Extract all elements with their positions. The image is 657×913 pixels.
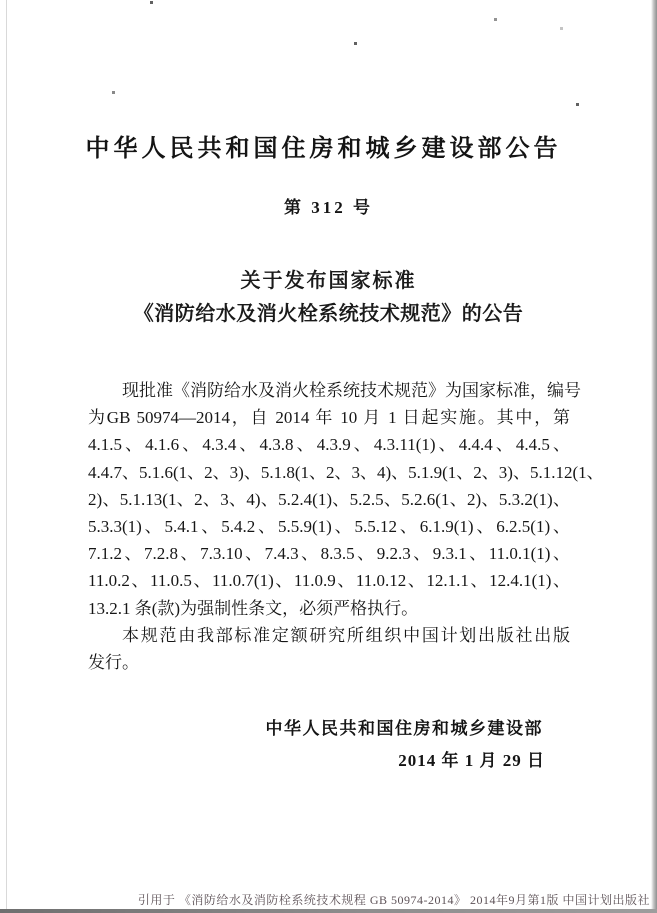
scan-speck	[576, 103, 579, 106]
body-line: 4.4.7、5.1.6(1、2、3)、5.1.8(1、2、3、4)、5.1.9(…	[88, 459, 570, 486]
footer-citation: 引用于 《消防给水及消防栓系统技术规程 GB 50974-2014》 2014年…	[138, 891, 650, 908]
document-number: 第 312 号	[0, 193, 657, 218]
scanned-document-page: 中华人民共和国住房和城乡建设部公告 第 312 号 关于发布国家标准 《消防给水…	[0, 0, 657, 913]
body-line: 2)、5.1.13(1、2、3、4)、5.2.4(1)、5.2.5、5.2.6(…	[88, 486, 570, 513]
body-line: 为GB 50974—2014，自 2014 年 10 月 1 日起实施。其中，第	[88, 404, 570, 431]
body-line: 本规范由我部标准定额研究所组织中国计划出版社出版	[88, 622, 570, 649]
signature-issuer: 中华人民共和国住房和城乡建设部	[266, 714, 544, 739]
body-line: 13.2.1 条(款)为强制性条文，必须严格执行。	[88, 595, 570, 622]
scan-edge-left	[6, 0, 7, 913]
document-subtitle-line2: 《消防给水及消火栓系统技术规范》的公告	[0, 297, 657, 326]
scan-speck	[494, 18, 497, 21]
body-line: 11.0.2、11.0.5、11.0.7(1)、11.0.9、11.0.12、1…	[88, 567, 570, 594]
body-line: 现批准《消防给水及消火栓系统技术规范》为国家标准，编号	[88, 377, 570, 404]
scan-edge-right	[651, 0, 657, 913]
document-title: 中华人民共和国住房和城乡建设部公告	[0, 128, 647, 163]
body-line: 5.3.3(1)、5.4.1、5.4.2、5.5.9(1)、5.5.12、6.1…	[88, 513, 570, 540]
body-line: 发行。	[88, 649, 570, 676]
scan-speck	[112, 91, 115, 94]
signature-date: 2014 年 1 月 29 日	[398, 746, 545, 771]
scan-speck	[354, 42, 357, 45]
scan-edge-bottom	[0, 909, 657, 913]
scan-speck	[560, 27, 563, 30]
document-body: 现批准《消防给水及消火栓系统技术规范》为国家标准，编号 为GB 50974—20…	[88, 377, 570, 676]
scan-speck	[150, 1, 153, 4]
body-line: 4.1.5、4.1.6、4.3.4、4.3.8、4.3.9、4.3.11(1)、…	[88, 431, 570, 458]
document-subtitle-line1: 关于发布国家标准	[0, 264, 657, 293]
body-line: 7.1.2、7.2.8、7.3.10、7.4.3、8.3.5、9.2.3、9.3…	[88, 540, 570, 567]
